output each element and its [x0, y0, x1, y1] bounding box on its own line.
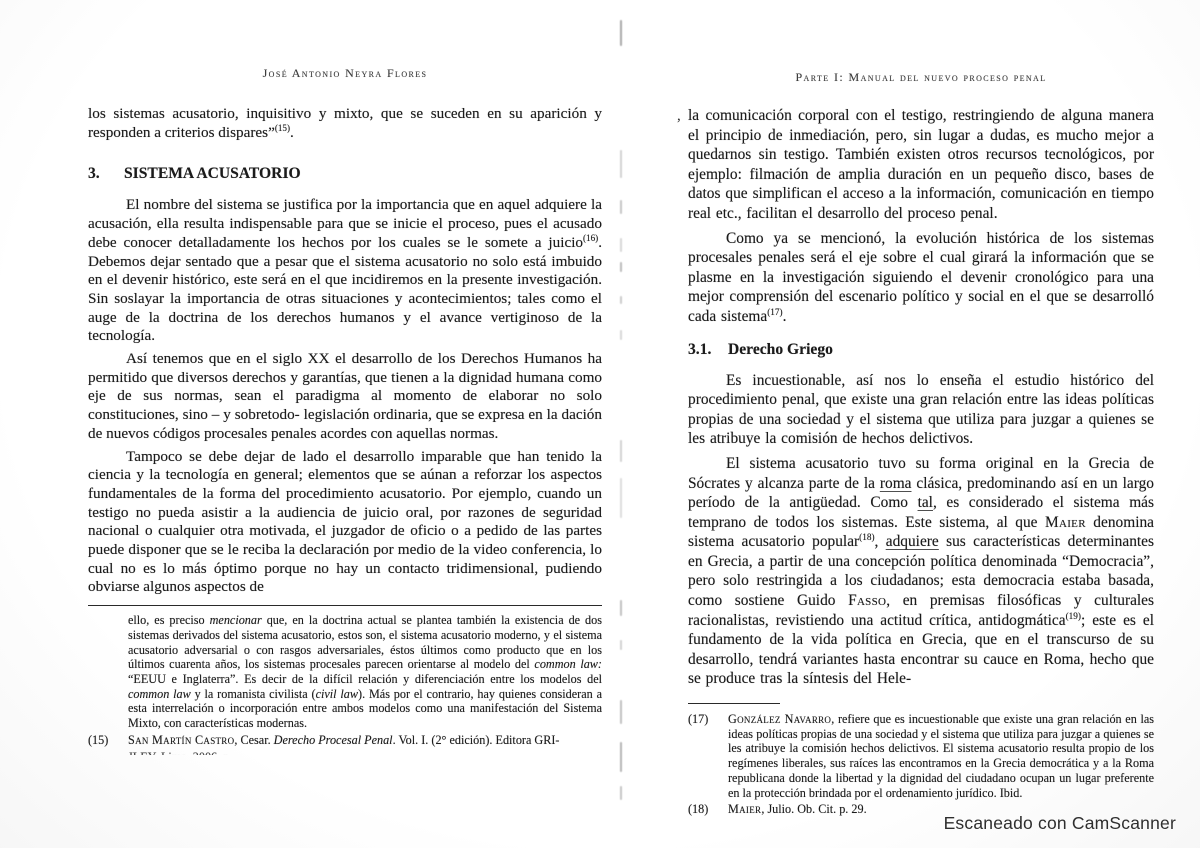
- paragraph: Tampoco se debe dejar de lado el desarro…: [88, 448, 602, 598]
- page-fold-line: [620, 296, 622, 304]
- footnote-clipped-line: JLEY, Lima, 2006, p.: [128, 748, 602, 755]
- stray-pen-mark: ,: [677, 108, 681, 125]
- running-head-right: Parte I: Manual del nuevo proceso penal: [688, 70, 1154, 84]
- page-fold-line: [620, 330, 622, 340]
- paragraph: Así tenemos que en el siglo XX el desarr…: [88, 350, 602, 444]
- footnote-number: (15): [88, 733, 128, 748]
- book-page-right: Parte I: Manual del nuevo proceso penal …: [688, 70, 1154, 817]
- page-fold-line: [620, 600, 622, 616]
- page-fold-line: [620, 200, 622, 214]
- running-head-left: José Antonio Neyra Flores: [88, 66, 602, 80]
- section-number: 3.1.: [688, 341, 728, 359]
- section-number: 3.: [88, 165, 124, 183]
- section-title: Derecho Griego: [728, 341, 833, 358]
- paragraph: El sistema acusatorio tuvo su forma orig…: [688, 454, 1154, 689]
- footnote-separator: [688, 703, 780, 704]
- page-fold-line: [620, 150, 622, 178]
- footnote-continuation: ello, es preciso mencionar que, en la do…: [128, 613, 602, 731]
- footnote-number: (17): [688, 712, 728, 800]
- paragraph: El nombre del sistema se justifica por l…: [88, 196, 602, 346]
- footnote-number: (18): [688, 802, 728, 817]
- paragraph-continuation: la comunicación corporal con el testigo,…: [688, 106, 1154, 224]
- page-fold-line: [620, 478, 622, 518]
- section-title: SISTEMA ACUSATORIO: [124, 165, 301, 182]
- page-fold-line: [620, 640, 622, 650]
- section-heading-3: 3.SISTEMA ACUSATORIO: [88, 165, 602, 183]
- page-fold-line: [620, 742, 622, 772]
- paragraph: Es incuestionable, así nos lo enseña el …: [688, 371, 1154, 449]
- page-fold-line: [620, 262, 622, 272]
- page-fold-line: [620, 238, 622, 252]
- page-fold-line: [620, 440, 622, 462]
- paragraph: Como ya se mencionó, la evolución histór…: [688, 229, 1154, 327]
- page-fold-line: [620, 786, 622, 800]
- footnote-text: González Navarro, refiere que es incuest…: [728, 712, 1154, 800]
- section-heading-3-1: 3.1.Derecho Griego: [688, 341, 1154, 359]
- footnote-17: (17) González Navarro, refiere que es in…: [688, 712, 1154, 800]
- footnote-text: San Martín Castro, Cesar. Derecho Proces…: [128, 733, 602, 748]
- camscanner-watermark: Escaneado con CamScanner: [944, 813, 1176, 834]
- footnote-15: (15) San Martín Castro, Cesar. Derecho P…: [88, 733, 602, 748]
- paragraph-continuation: los sistemas acusatorio, inquisitivo y m…: [88, 105, 602, 142]
- footnote-separator: [88, 605, 602, 606]
- page-fold-line: [620, 20, 622, 46]
- book-page-left: José Antonio Neyra Flores los sistemas a…: [88, 66, 602, 755]
- page-fold-line: [620, 700, 622, 724]
